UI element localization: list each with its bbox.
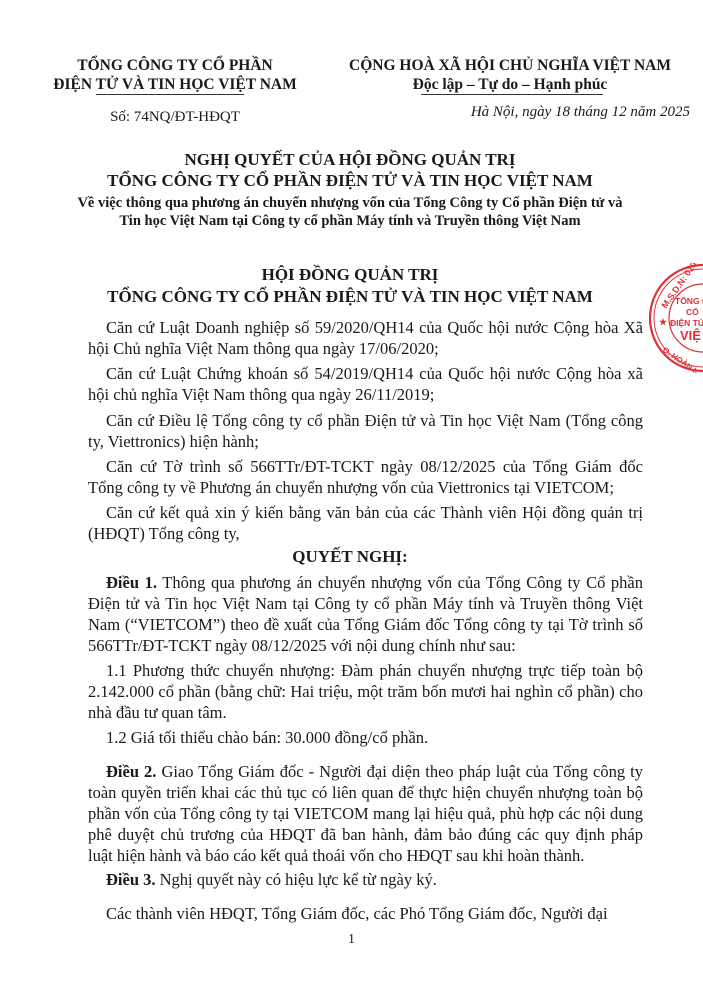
legal-ground-3: Căn cứ Điều lệ Tổng công ty cổ phần Điện…	[88, 410, 643, 452]
document-number: Số: 74NQ/ĐT-HĐQT	[40, 109, 310, 126]
svg-text:CỔ: CỔ	[686, 306, 699, 317]
article-2: Điều 2. Giao Tổng Giám đốc - Người đại d…	[88, 761, 643, 866]
closing-paragraph: Các thành viên HĐQT, Tổng Giám đốc, các …	[88, 903, 643, 924]
page-number: 1	[300, 932, 403, 948]
svg-text:TỔNG C: TỔNG C	[675, 295, 703, 306]
company-seal-icon: M.S.D.N: 0100 TỔNG C CỔ ĐIỆN TỬ VIỆ Q. H…	[648, 263, 703, 373]
national-title: CỘNG HOÀ XÃ HỘI CHỦ NGHĨA VIỆT NAM	[330, 56, 690, 75]
article-1-clause-2: 1.2 Giá tối thiểu chào bán: 30.000 đồng/…	[88, 727, 643, 748]
article-2-label: Điều 2.	[106, 762, 156, 781]
council-heading-line1: HỘI ĐỒNG QUẢN TRỊ	[40, 264, 660, 286]
article-1-text: Thông qua phương án chuyển nhượng vốn củ…	[88, 573, 643, 655]
article-1-clause-1: 1.1 Phương thức chuyển nhượng: Đàm phán …	[88, 660, 643, 723]
motto-underline	[421, 94, 603, 95]
article-1: Điều 1. Thông qua phương án chuyển nhượn…	[88, 572, 643, 656]
article-3-label: Điều 3.	[106, 870, 156, 889]
legal-ground-5: Căn cứ kết quả xin ý kiến bằng văn bản c…	[88, 502, 643, 544]
resolution-subject: Về việc thông qua phương án chuyển nhượn…	[40, 194, 660, 230]
svg-text:VIỆ: VIỆ	[680, 328, 701, 343]
article-1-label: Điều 1.	[106, 573, 157, 592]
national-motto: Độc lập – Tự do – Hạnh phúc	[330, 75, 690, 94]
svg-text:★: ★	[659, 317, 668, 327]
decided-heading: QUYẾT NGHỊ:	[40, 547, 660, 567]
issuer-name-line1: TỔNG CÔNG TY CỔ PHẦN	[40, 56, 310, 75]
resolution-subject-line2: Tin học Việt Nam tại Công ty cổ phần Máy…	[40, 212, 660, 230]
svg-text:Q. HOÀN K: Q. HOÀN K	[661, 345, 701, 373]
legal-ground-2: Căn cứ Luật Chứng khoán số 54/2019/QH14 …	[88, 363, 643, 405]
article-2-text: Giao Tổng Giám đốc - Người đại diện theo…	[88, 762, 643, 865]
resolution-subject-line1: Về việc thông qua phương án chuyển nhượn…	[40, 194, 660, 212]
article-3-text: Nghị quyết này có hiệu lực kể từ ngày ký…	[156, 870, 437, 889]
legal-ground-4: Căn cứ Tờ trình số 566TTr/ĐT-TCKT ngày 0…	[88, 456, 643, 498]
council-heading-line2: TỔNG CÔNG TY CỔ PHẦN ĐIỆN TỬ VÀ TIN HỌC …	[40, 286, 660, 308]
issuer-underline	[96, 94, 244, 95]
resolution-title-line2: TỔNG CÔNG TY CỔ PHẦN ĐIỆN TỬ VÀ TIN HỌC …	[40, 170, 660, 191]
resolution-title: NGHỊ QUYẾT CỦA HỘI ĐỒNG QUẢN TRỊ TỔNG CÔ…	[40, 149, 660, 191]
resolution-title-line1: NGHỊ QUYẾT CỦA HỘI ĐỒNG QUẢN TRỊ	[40, 149, 660, 170]
national-motto-block: CỘNG HOÀ XÃ HỘI CHỦ NGHĨA VIỆT NAM Độc l…	[330, 56, 690, 94]
issuer-block: TỔNG CÔNG TY CỔ PHẦN ĐIỆN TỬ VÀ TIN HỌC …	[40, 56, 310, 94]
legal-ground-1: Căn cứ Luật Doanh nghiệp số 59/2020/QH14…	[88, 317, 643, 359]
council-heading: HỘI ĐỒNG QUẢN TRỊ TỔNG CÔNG TY CỔ PHẦN Đ…	[40, 264, 660, 308]
issuer-name-line2: ĐIỆN TỬ VÀ TIN HỌC VIỆT NAM	[40, 75, 310, 94]
article-3: Điều 3. Nghị quyết này có hiệu lực kể từ…	[88, 869, 643, 890]
svg-text:ĐIỆN TỬ: ĐIỆN TỬ	[670, 317, 703, 328]
place-date: Hà Nội, ngày 18 tháng 12 năm 2025	[470, 104, 690, 121]
